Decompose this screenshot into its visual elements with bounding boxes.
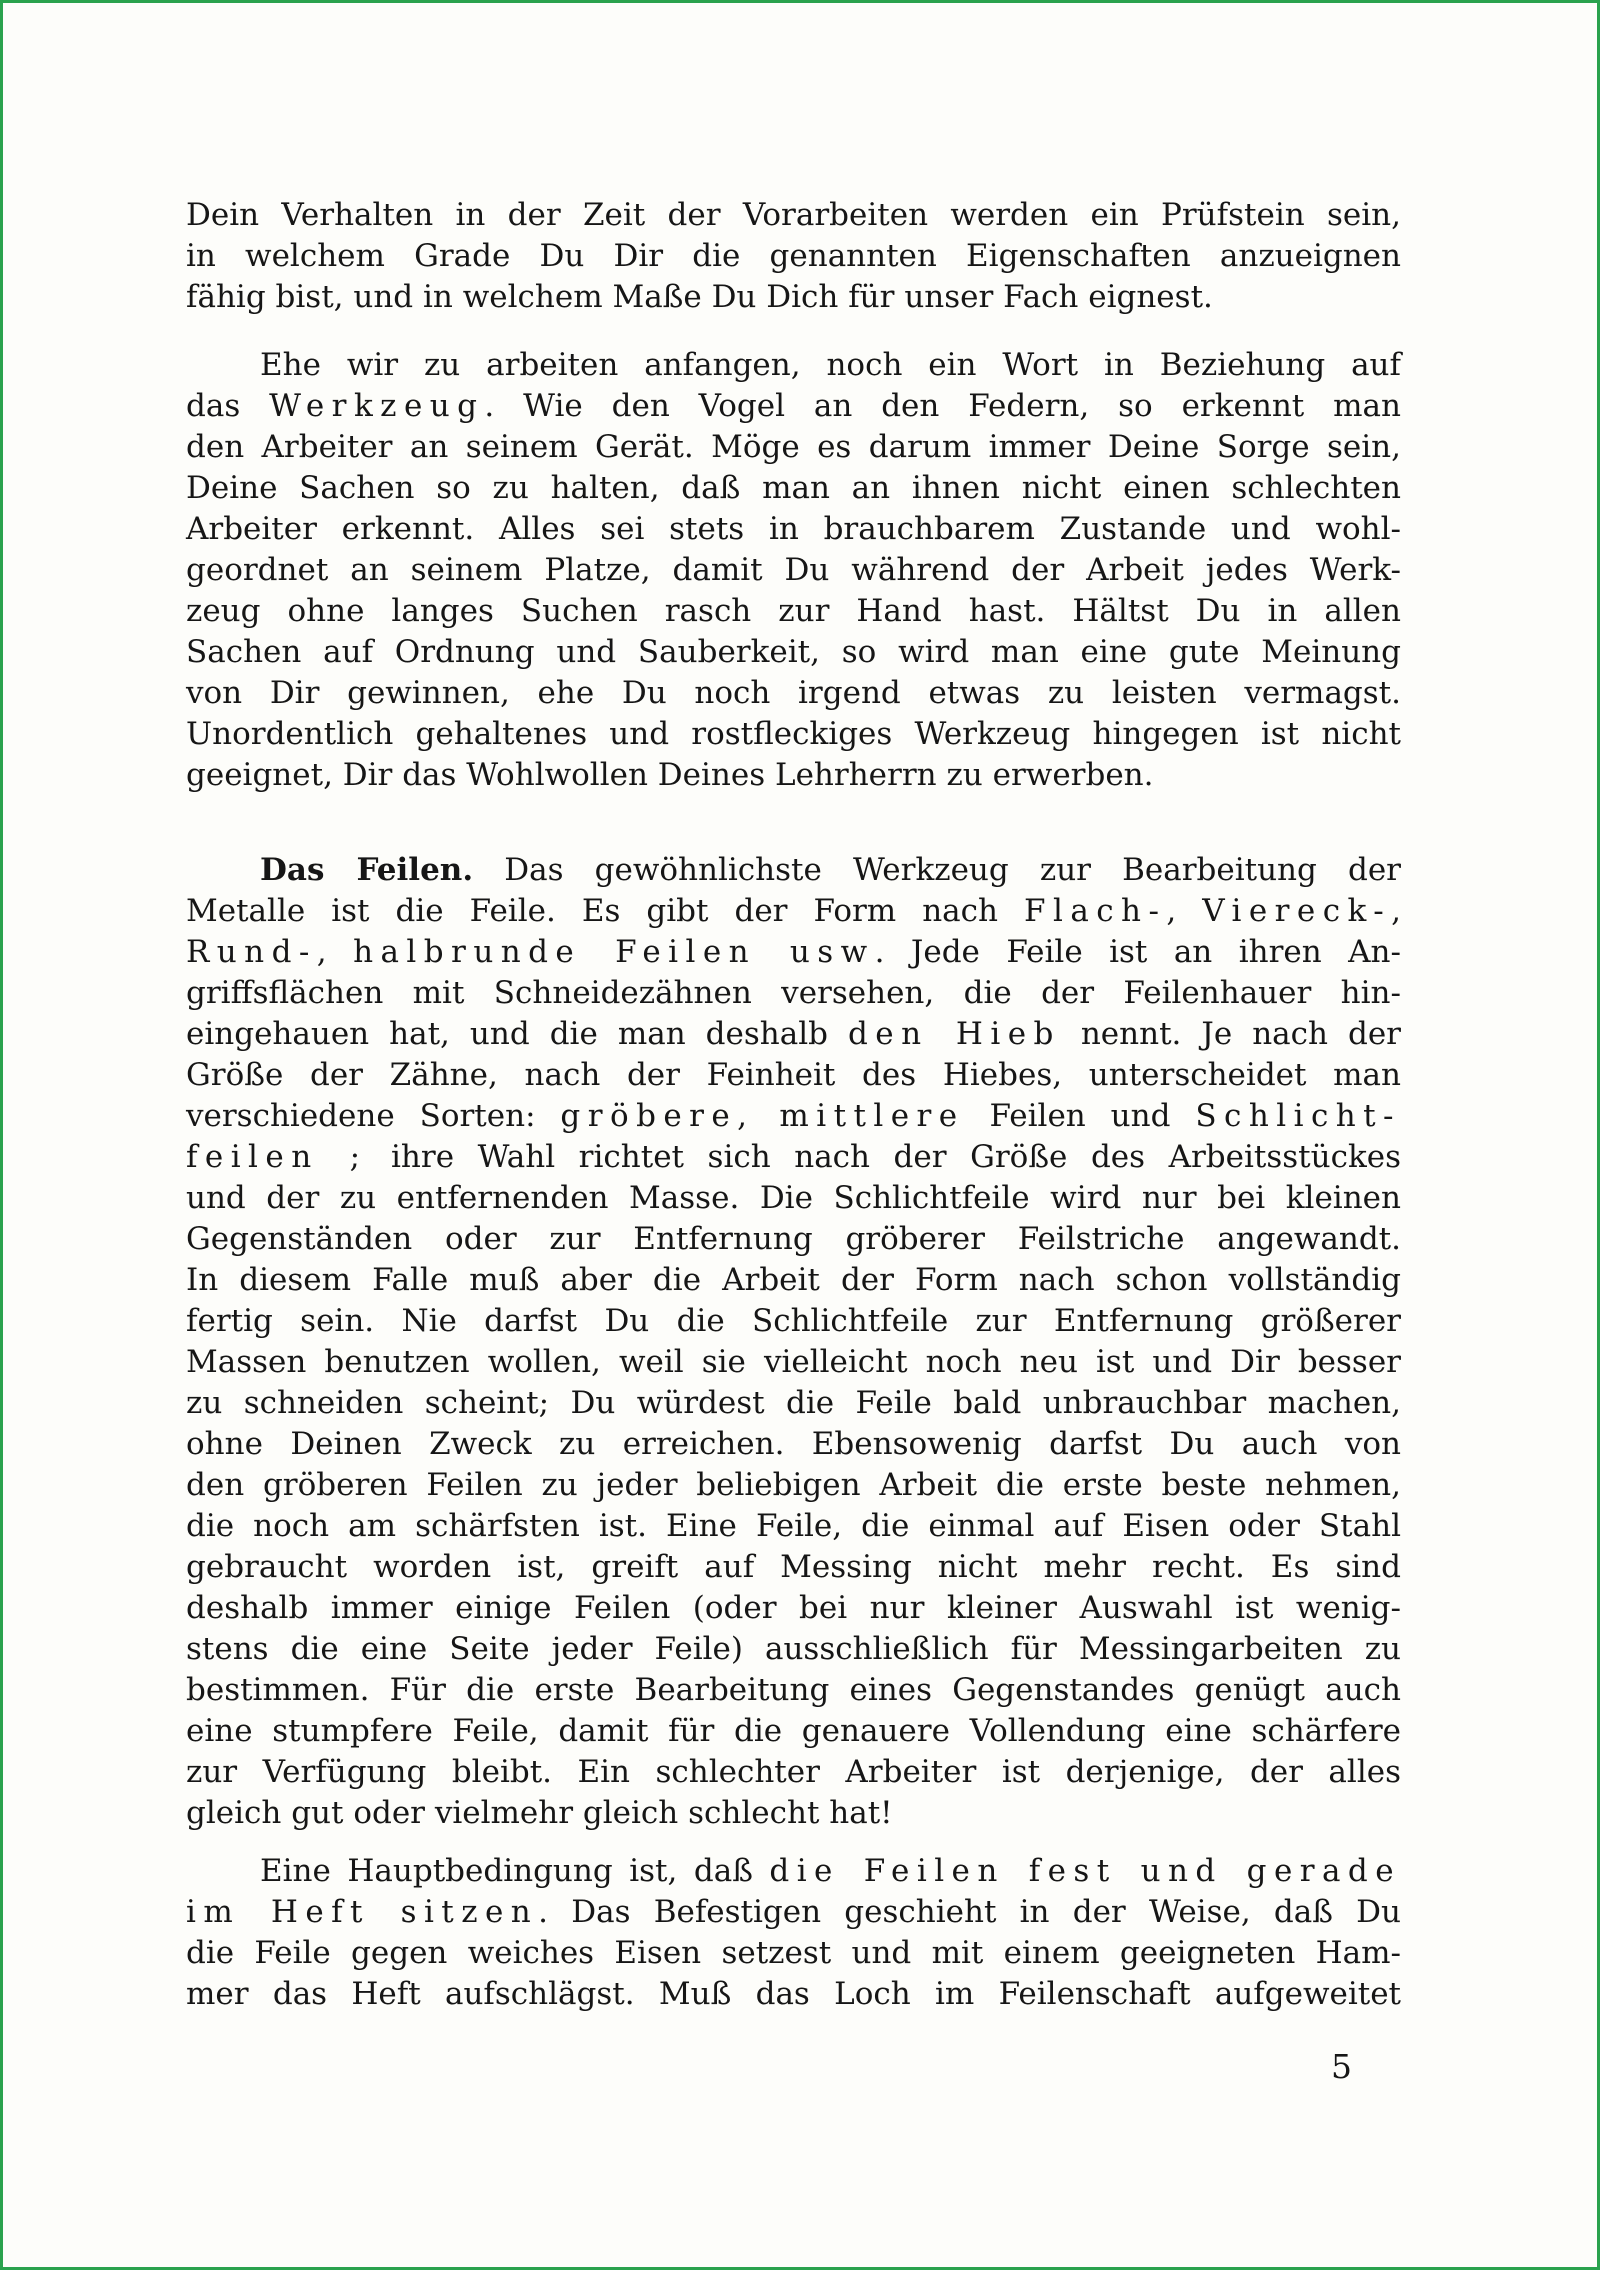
text-run: Feilen und bbox=[965, 1098, 1196, 1134]
letterspaced-run: die Feilen fest und gerade bbox=[769, 1853, 1401, 1889]
paragraph: Das Feilen. Das gewöhnlichste Werkzeug z… bbox=[186, 850, 1401, 1834]
letterspaced-run: halbrunde Feilen usw bbox=[353, 934, 875, 970]
text-line: geordnet an seinem Platze, damit Du währ… bbox=[186, 550, 1401, 591]
text-line: griffsflächen mit Schneidezähnen versehe… bbox=[186, 973, 1401, 1014]
text-run: mer das Heft aufschlägst. Muß das Loch i… bbox=[186, 1976, 1401, 2012]
text-line: eingehauen hat, und die man deshalb den … bbox=[186, 1014, 1401, 1055]
letterspaced-run: feilen ; bbox=[186, 1139, 367, 1175]
text-line: gleich gut oder vielmehr gleich schlecht… bbox=[186, 1793, 1401, 1834]
text-run: Sachen auf Ordnung und Sauberkeit, so wi… bbox=[186, 634, 1401, 670]
paragraph: Ehe wir zu arbeiten anfangen, noch ein W… bbox=[186, 345, 1401, 796]
text-line: feilen ; ihre Wahl richtet sich nach der… bbox=[186, 1137, 1401, 1178]
text-line: Größe der Zähne, nach der Feinheit des H… bbox=[186, 1055, 1401, 1096]
text-run: von Dir gewinnen, ehe Du noch irgend etw… bbox=[186, 675, 1401, 711]
letterspaced-run: Flach- bbox=[1024, 893, 1166, 929]
text-run: stens die eine Seite jeder Feile) aussch… bbox=[186, 1631, 1401, 1667]
text-run: Eine Hauptbedingung ist, daß bbox=[260, 1853, 769, 1889]
text-line: zeug ohne langes Suchen rasch zur Hand h… bbox=[186, 591, 1401, 632]
text-run: den gröberen Feilen zu jeder beliebigen … bbox=[186, 1467, 1401, 1503]
text-run: . Das Befestigen geschieht in der Weise,… bbox=[538, 1894, 1401, 1930]
text-line: das Werkzeug. Wie den Vogel an den Feder… bbox=[186, 386, 1401, 427]
letterspaced-run: Rund- bbox=[186, 934, 317, 970]
text-run: nennt. Je nach der bbox=[1061, 1016, 1401, 1052]
text-run: Metalle ist die Feile. Es gibt der Form … bbox=[186, 893, 1024, 929]
text-run: Arbeiter erkennt. Alles sei stets in bra… bbox=[186, 511, 1401, 547]
text-run: fertig sein. Nie darfst Du die Schlichtf… bbox=[186, 1303, 1401, 1339]
text-run: Massen benutzen wollen, weil sie viellei… bbox=[186, 1344, 1401, 1380]
text-line: Deine Sachen so zu halten, daß man an ih… bbox=[186, 468, 1401, 509]
text-line: die Feile gegen weiches Eisen setzest un… bbox=[186, 1933, 1401, 1974]
text-line: Rund-, halbrunde Feilen usw. Jede Feile … bbox=[186, 932, 1401, 973]
text-run: griffsflächen mit Schneidezähnen versehe… bbox=[186, 975, 1401, 1011]
letterspaced-run: gröbere, bbox=[560, 1098, 754, 1134]
text-run: in welchem Grade Du Dir die genannten Ei… bbox=[186, 238, 1401, 274]
book-page: Dein Verhalten in der Zeit der Vorarbeit… bbox=[0, 0, 1600, 2270]
text-line: mer das Heft aufschlägst. Muß das Loch i… bbox=[186, 1974, 1401, 2015]
text-line: ohne Deinen Zweck zu erreichen. Ebensowe… bbox=[186, 1424, 1401, 1465]
text-line: gebraucht worden ist, greift auf Messing… bbox=[186, 1547, 1401, 1588]
text-line: Metalle ist die Feile. Es gibt der Form … bbox=[186, 891, 1401, 932]
text-run bbox=[754, 1098, 779, 1134]
text-line: und der zu entfernenden Masse. Die Schli… bbox=[186, 1178, 1401, 1219]
text-run: und der zu entfernenden Masse. Die Schli… bbox=[186, 1180, 1401, 1216]
text-line: zu schneiden scheint; Du würdest die Fei… bbox=[186, 1383, 1401, 1424]
text-line: In diesem Falle muß aber die Arbeit der … bbox=[186, 1260, 1401, 1301]
text-run: Das gewöhnlichste Werkzeug zur Bearbeitu… bbox=[473, 852, 1401, 888]
letterspaced-run: im Heft sitzen bbox=[186, 1894, 538, 1930]
text-run: Ehe wir zu arbeiten anfangen, noch ein W… bbox=[260, 347, 1401, 383]
text-run: Dein Verhalten in der Zeit der Vorarbeit… bbox=[186, 197, 1401, 233]
text-run: , bbox=[1391, 893, 1401, 929]
text-run: verschiedene Sorten: bbox=[186, 1098, 560, 1134]
text-run: eingehauen hat, und die man deshalb bbox=[186, 1016, 848, 1052]
letterspaced-run: Viereck- bbox=[1202, 893, 1391, 929]
text-run: geordnet an seinem Platze, damit Du währ… bbox=[186, 552, 1401, 588]
paragraph: Dein Verhalten in der Zeit der Vorarbeit… bbox=[186, 195, 1401, 318]
text-run: die Feile gegen weiches Eisen setzest un… bbox=[186, 1935, 1401, 1971]
text-run: zu schneiden scheint; Du würdest die Fei… bbox=[186, 1385, 1401, 1421]
text-line: fertig sein. Nie darfst Du die Schlichtf… bbox=[186, 1301, 1401, 1342]
text-line: Unordentlich gehaltenes und rostfleckige… bbox=[186, 714, 1401, 755]
text-run: ihre Wahl richtet sich nach der Größe de… bbox=[367, 1139, 1401, 1175]
text-line: verschiedene Sorten: gröbere, mittlere F… bbox=[186, 1096, 1401, 1137]
text-line: den gröberen Feilen zu jeder beliebigen … bbox=[186, 1465, 1401, 1506]
text-line: deshalb immer einige Feilen (oder bei nu… bbox=[186, 1588, 1401, 1629]
text-line: in welchem Grade Du Dir die genannten Ei… bbox=[186, 236, 1401, 277]
page-number: 5 bbox=[1331, 2049, 1352, 2085]
text-run: ohne Deinen Zweck zu erreichen. Ebensowe… bbox=[186, 1426, 1401, 1462]
text-line: Massen benutzen wollen, weil sie viellei… bbox=[186, 1342, 1401, 1383]
text-line: Das Feilen. Das gewöhnlichste Werkzeug z… bbox=[186, 850, 1401, 891]
letterspaced-run: den Hieb bbox=[848, 1016, 1061, 1052]
text-run: gleich gut oder vielmehr gleich schlecht… bbox=[186, 1795, 893, 1831]
text-line: von Dir gewinnen, ehe Du noch irgend etw… bbox=[186, 673, 1401, 714]
text-run: . Wie den Vogel an den Federn, so erkenn… bbox=[484, 388, 1401, 424]
text-run: gebraucht worden ist, greift auf Messing… bbox=[186, 1549, 1401, 1585]
text-run: Gegenständen oder zur Entfernung gröbere… bbox=[186, 1221, 1401, 1257]
text-run: den Arbeiter an seinem Gerät. Möge es da… bbox=[186, 429, 1401, 465]
text-line: den Arbeiter an seinem Gerät. Möge es da… bbox=[186, 427, 1401, 468]
text-run: fähig bist, und in welchem Maße Du Dich … bbox=[186, 279, 1213, 315]
text-line: zur Verfügung bleibt. Ein schlechter Arb… bbox=[186, 1752, 1401, 1793]
text-line: Ehe wir zu arbeiten anfangen, noch ein W… bbox=[186, 345, 1401, 386]
text-run: deshalb immer einige Feilen (oder bei nu… bbox=[186, 1590, 1401, 1626]
text-line: im Heft sitzen. Das Befestigen geschieht… bbox=[186, 1892, 1401, 1933]
text-line: fähig bist, und in welchem Maße Du Dich … bbox=[186, 277, 1401, 318]
bold-run: Das Feilen. bbox=[260, 852, 473, 888]
text-line: die noch am schärfsten ist. Eine Feile, … bbox=[186, 1506, 1401, 1547]
text-run: das bbox=[186, 388, 269, 424]
text-run: bestimmen. Für die erste Bearbeitung ein… bbox=[186, 1672, 1401, 1708]
text-run: Unordentlich gehaltenes und rostfleckige… bbox=[186, 716, 1401, 752]
text-line: eine stumpfere Feile, damit für die gena… bbox=[186, 1711, 1401, 1752]
text-run: eine stumpfere Feile, damit für die gena… bbox=[186, 1713, 1401, 1749]
text-line: Sachen auf Ordnung und Sauberkeit, so wi… bbox=[186, 632, 1401, 673]
text-line: Gegenständen oder zur Entfernung gröbere… bbox=[186, 1219, 1401, 1260]
text-line: Eine Hauptbedingung ist, daß die Feilen … bbox=[186, 1851, 1401, 1892]
paragraph: Eine Hauptbedingung ist, daß die Feilen … bbox=[186, 1851, 1401, 2015]
text-run: geeignet, Dir das Wohlwollen Deines Lehr… bbox=[186, 757, 1154, 793]
letterspaced-run: Werkzeug bbox=[269, 388, 484, 424]
text-run: die noch am schärfsten ist. Eine Feile, … bbox=[186, 1508, 1401, 1544]
text-run: In diesem Falle muß aber die Arbeit der … bbox=[186, 1262, 1401, 1298]
text-line: Arbeiter erkennt. Alles sei stets in bra… bbox=[186, 509, 1401, 550]
text-block: Dein Verhalten in der Zeit der Vorarbeit… bbox=[186, 195, 1401, 2015]
text-line: Dein Verhalten in der Zeit der Vorarbeit… bbox=[186, 195, 1401, 236]
text-line: bestimmen. Für die erste Bearbeitung ein… bbox=[186, 1670, 1401, 1711]
letterspaced-run: Schlicht- bbox=[1195, 1098, 1401, 1134]
text-line: geeignet, Dir das Wohlwollen Deines Lehr… bbox=[186, 755, 1401, 796]
text-run: , bbox=[1166, 893, 1202, 929]
text-line: stens die eine Seite jeder Feile) aussch… bbox=[186, 1629, 1401, 1670]
text-run: Deine Sachen so zu halten, daß man an ih… bbox=[186, 470, 1401, 506]
text-run: , bbox=[317, 934, 353, 970]
text-run: Größe der Zähne, nach der Feinheit des H… bbox=[186, 1057, 1401, 1093]
text-run: . Jede Feile ist an ihren An- bbox=[875, 934, 1401, 970]
text-run: zeug ohne langes Suchen rasch zur Hand h… bbox=[186, 593, 1401, 629]
text-run: zur Verfügung bleibt. Ein schlechter Arb… bbox=[186, 1754, 1401, 1790]
letterspaced-run: mittlere bbox=[779, 1098, 964, 1134]
